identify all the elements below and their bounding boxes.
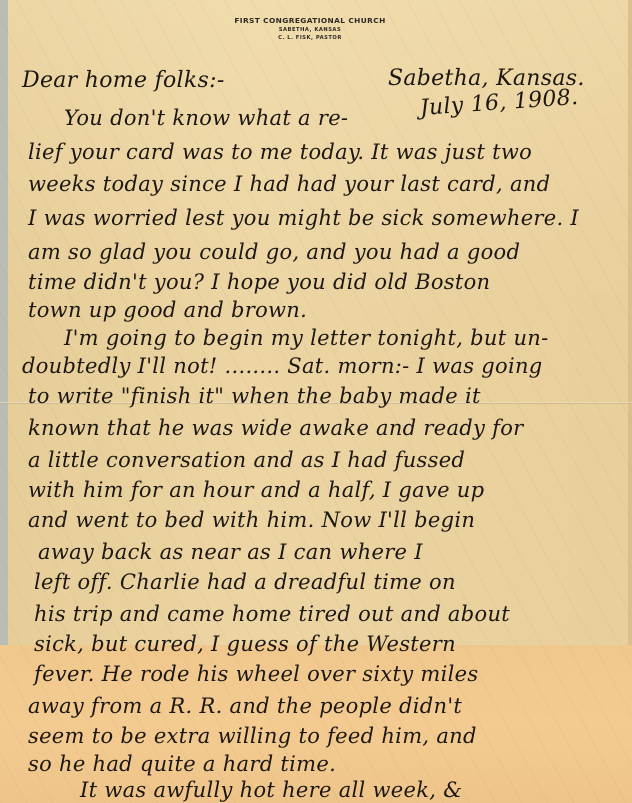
letter-line-18: sick, but cured, I guess of the Western — [34, 632, 456, 656]
letter-line-2: lief your card was to me today. It was j… — [28, 140, 532, 164]
letter-line-17: his trip and came home tired out and abo… — [34, 602, 510, 626]
letter-line-15: away back as near as I can where I — [38, 540, 423, 564]
letter-line-13: with him for an hour and a half, I gave … — [28, 478, 484, 502]
letter-line-6: time didn't you? I hope you did old Bost… — [28, 270, 490, 294]
letterhead-title: FIRST CONGREGATIONAL CHURCH — [200, 16, 420, 26]
letter-line-12: a little conversation and as I had fusse… — [28, 448, 465, 472]
letter-line-14: and went to bed with him. Now I'll begin — [28, 508, 475, 532]
letter-line-8: I'm going to begin my letter tonight, bu… — [64, 326, 549, 350]
letter-line-7: town up good and brown. — [28, 298, 307, 322]
salutation: Dear home folks:- — [22, 68, 225, 93]
letter-line-9: doubtedly I'll not! ........ Sat. morn:-… — [22, 354, 543, 378]
letterhead-location: SABETHA, KANSAS — [200, 26, 420, 34]
letter-line-1: You don't know what a re- — [64, 106, 348, 130]
letter-line-5: am so glad you could go, and you had a g… — [28, 240, 520, 264]
letter-line-23: It was awfully hot here all week, & — [80, 778, 462, 802]
letter-line-16: left off. Charlie had a dreadful time on — [34, 570, 456, 594]
letter-line-21: seem to be extra willing to feed him, an… — [28, 724, 477, 748]
letter-line-19: fever. He rode his wheel over sixty mile… — [34, 662, 478, 686]
letter-line-11: known that he was wide awake and ready f… — [28, 416, 524, 440]
letterhead-pastor: C. L. FISK, PASTOR — [200, 34, 420, 42]
letter-scan: FIRST CONGREGATIONAL CHURCH SABETHA, KAN… — [0, 0, 632, 803]
scan-margin-strip — [0, 0, 8, 645]
letter-line-20: away from a R. R. and the people didn't — [28, 694, 462, 718]
paper-right-edge — [628, 0, 632, 645]
letter-line-22: so he had quite a hard time. — [28, 752, 336, 776]
letter-line-4: I was worried lest you might be sick som… — [28, 206, 579, 230]
letter-line-10: to write "finish it" when the baby made … — [28, 384, 481, 408]
letter-line-3: weeks today since I had had your last ca… — [28, 172, 550, 196]
letterhead: FIRST CONGREGATIONAL CHURCH SABETHA, KAN… — [200, 16, 420, 42]
